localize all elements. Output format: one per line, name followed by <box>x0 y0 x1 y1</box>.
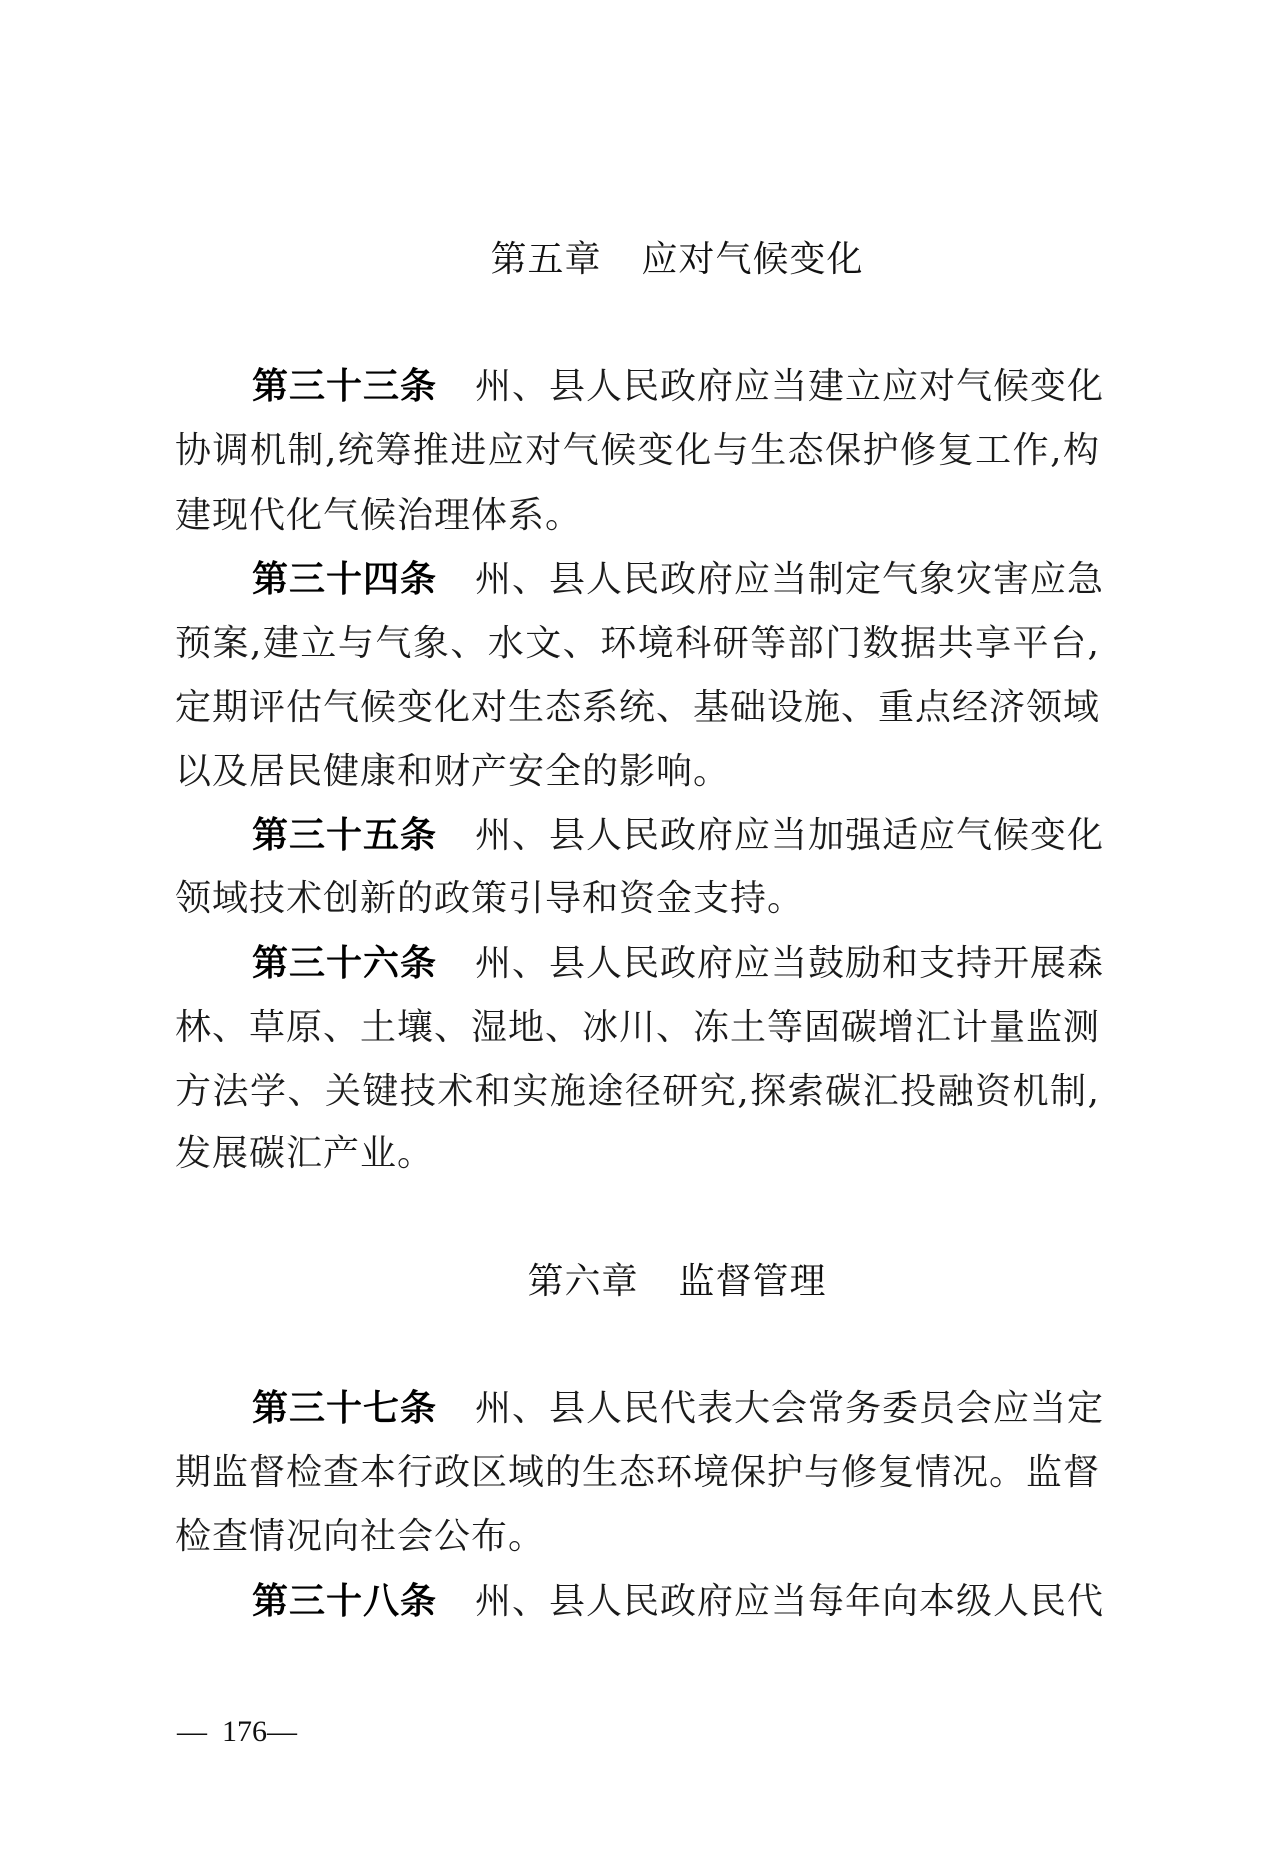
article-text: 州、县人民政府应当鼓励和支持开展森 <box>475 943 1104 984</box>
article-33-line-3: 建现代化气候治理体系。 <box>175 484 1100 548</box>
page-number: — 176— <box>177 1712 297 1752</box>
article-37-line-1: 第三十七条州、县人民代表大会常务委员会应当定 <box>175 1377 1100 1441</box>
article-number: 第三十三条 <box>252 366 437 407</box>
article-34-line-1: 第三十四条州、县人民政府应当制定气象灾害应急 <box>175 548 1100 612</box>
article-number: 第三十六条 <box>252 943 437 984</box>
article-text: 州、县人民政府应当制定气象灾害应急 <box>475 559 1104 600</box>
chapter-title: 监督管理 <box>679 1261 827 1302</box>
article-35-line-2: 领域技术创新的政策引导和资金支持。 <box>175 867 1100 931</box>
article-34-line-4: 以及居民健康和财产安全的影响。 <box>175 740 1100 804</box>
article-number: 第三十八条 <box>252 1581 437 1622</box>
chapter-number: 第六章 <box>527 1261 638 1302</box>
article-34-line-3: 定期评估气候变化对生态系统、基础设施、重点经济领域 <box>175 676 1100 740</box>
article-text: 州、县人民政府应当加强适应气候变化 <box>475 815 1104 856</box>
article-36-line-4: 发展碳汇产业。 <box>175 1122 1100 1186</box>
article-text: 州、县人民政府应当每年向本级人民代 <box>475 1581 1104 1622</box>
article-text: 州、县人民政府应当建立应对气候变化 <box>475 366 1104 407</box>
chapter-heading-6: 第六章监督管理 <box>527 1250 826 1314</box>
article-34-line-2: 预案,建立与气象、水文、环境科研等部门数据共享平台, <box>175 612 1100 676</box>
article-33-line-2: 协调机制,统筹推进应对气候变化与生态保护修复工作,构 <box>175 419 1100 483</box>
article-number: 第三十五条 <box>252 815 437 856</box>
document-page: 第五章应对气候变化 第三十三条州、县人民政府应当建立应对气候变化 协调机制,统筹… <box>0 0 1279 1852</box>
article-33-line-1: 第三十三条州、县人民政府应当建立应对气候变化 <box>175 355 1100 419</box>
article-number: 第三十七条 <box>252 1388 437 1429</box>
chapter-heading-5: 第五章应对气候变化 <box>490 228 863 292</box>
article-36-line-3: 方法学、关键技术和实施途径研究,探索碳汇投融资机制, <box>175 1060 1100 1124</box>
article-35-line-1: 第三十五条州、县人民政府应当加强适应气候变化 <box>175 804 1100 868</box>
article-38-line-1: 第三十八条州、县人民政府应当每年向本级人民代 <box>175 1570 1100 1634</box>
article-37-line-2: 期监督检查本行政区域的生态环境保护与修复情况。监督 <box>175 1441 1100 1505</box>
chapter-title: 应对气候变化 <box>642 239 864 280</box>
article-number: 第三十四条 <box>252 559 437 600</box>
article-36-line-1: 第三十六条州、县人民政府应当鼓励和支持开展森 <box>175 932 1100 996</box>
article-37-line-3: 检查情况向社会公布。 <box>175 1505 1100 1569</box>
article-text: 州、县人民代表大会常务委员会应当定 <box>475 1388 1104 1429</box>
chapter-number: 第五章 <box>490 239 601 280</box>
article-36-line-2: 林、草原、土壤、湿地、冰川、冻土等固碳增汇计量监测 <box>175 996 1100 1060</box>
